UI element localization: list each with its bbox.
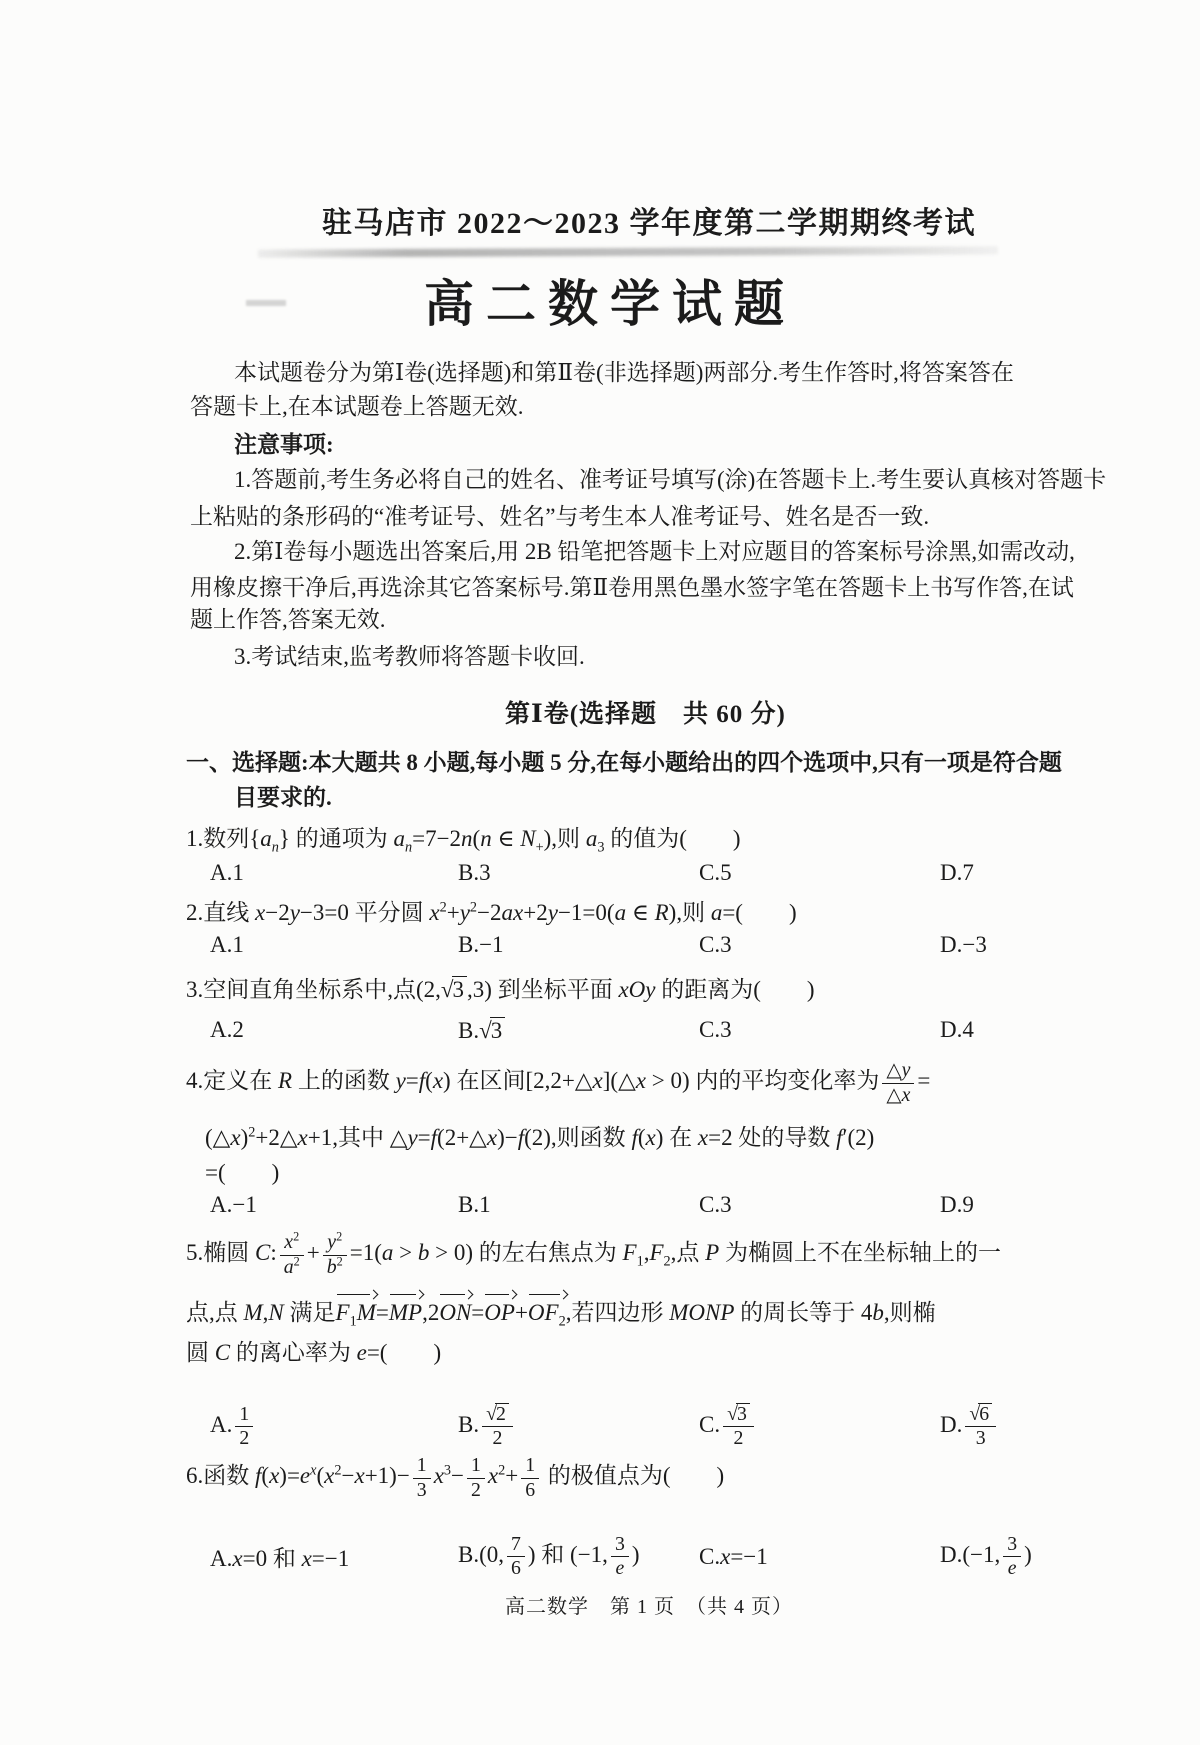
option-b-text: B.3	[458, 1017, 505, 1044]
question-2-option-c: C.3	[699, 928, 940, 962]
question-6-option-c: C.x=−1	[699, 1533, 940, 1581]
question-1-option-c: C.5	[699, 856, 940, 890]
question-1-option-d: D.7	[940, 856, 1126, 890]
question-6-line-1: 6.函数 f(x)=ex(x2−x+1)−13x3−12x2+16 的极值点为(…	[186, 1461, 724, 1495]
question-4-option-a: A.−1	[210, 1188, 458, 1222]
exam-paper-page: 驻马店市 2022～2023 学年度第二学期期终考试 高二数学试题 本试题卷分为…	[0, 0, 1200, 1745]
option-a-text: A.1	[210, 932, 244, 958]
option-d-text: D.4	[940, 1017, 974, 1043]
section-1-title: 第Ⅰ卷(选择题 共 60 分)	[505, 694, 786, 730]
scan-artifact-speck	[246, 300, 286, 306]
option-c-text: C.3	[699, 932, 732, 958]
option-c-text: C.3	[699, 1017, 732, 1043]
notice-title: 注意事项:	[234, 430, 334, 460]
question-1-option-a: A.1	[210, 856, 458, 890]
mc-intro-line-2: 目要求的.	[234, 783, 332, 813]
option-b-text: B.3	[458, 860, 491, 886]
question-1-options: A.1 B.3 C.5 D.7	[186, 856, 1126, 890]
question-2-option-b: B.−1	[458, 928, 699, 962]
question-5-option-c: C.32	[699, 1403, 940, 1451]
question-2-text: 2.直线 x−2y−3=0 平分圆 x2+y2−2ax+2y−1=0(a ∈ R…	[186, 894, 797, 927]
question-3-option-d: D.4	[940, 1013, 1126, 1047]
question-1-text: 1.数列{an} 的通项为 an=7−2n(n ∈ N+),则 a3 的值为( …	[186, 820, 741, 853]
question-3-options: A.2 B.3 C.3 D.4	[186, 1013, 1126, 1047]
notice-3-line-1: 3.考试结束,监考教师将答题卡收回.	[234, 642, 585, 672]
question-4-option-b: B.1	[458, 1188, 699, 1222]
option-a-text: A.2	[210, 1017, 244, 1043]
option-d-text: D.63	[940, 1403, 999, 1451]
question-6-text: 6.函数 f(x)=ex(x2−x+1)−13x3−12x2+16 的极值点为(…	[186, 1454, 724, 1502]
question-4-text-2: (△x)2+2△x+1,其中 △y=f(2+△x)−f(2),则函数 f(x) …	[205, 1119, 874, 1152]
option-a-text: A.−1	[210, 1192, 257, 1218]
option-d-text: D.9	[940, 1192, 974, 1218]
question-4-text-3: =( )	[205, 1154, 279, 1187]
option-a-text: A.1	[210, 860, 244, 886]
question-3-option-a: A.2	[210, 1013, 458, 1047]
option-c-text: C.32	[699, 1403, 757, 1451]
question-3-option-b: B.3	[458, 1013, 699, 1047]
notice-1-line-1: 1.答题前,考生务必将自己的姓名、准考证号填写(涂)在答题卡上.考生要认真核对答…	[234, 465, 1106, 495]
option-a-text: A.x=0 和 x=−1	[210, 1540, 349, 1573]
question-5-options: A.12 B.22 C.32 D.63	[186, 1403, 1126, 1437]
option-b-text: B.−1	[458, 932, 504, 958]
notice-2-line-3: 题上作答,答案无效.	[190, 605, 386, 635]
intro-line-2: 答题卡上,在本试题卷上答题无效.	[190, 392, 524, 422]
question-5-text-2: 点,点 M,N 满足F1M=MP,2ON=OP+OF2,若四边形 MONP 的周…	[186, 1294, 936, 1327]
question-4-options: A.−1 B.1 C.3 D.9	[186, 1188, 1126, 1222]
page-footer: 高二数学 第 1 页 （共 4 页）	[505, 1590, 793, 1619]
question-6-options: A.x=0 和 x=−1 B.(0,76) 和 (−1,3e) C.x=−1 D…	[186, 1533, 1126, 1567]
question-4-line-2: (△x)2+2△x+1,其中 △y=f(2+△x)−f(2),则函数 f(x) …	[205, 1118, 874, 1152]
question-2-option-a: A.1	[210, 928, 458, 962]
option-d-text: D.−3	[940, 932, 987, 958]
option-d-text: D.(−1,3e)	[940, 1533, 1032, 1581]
question-1-line-1: 1.数列{an} 的通项为 an=7−2n(n ∈ N+),则 a3 的值为( …	[186, 819, 741, 853]
question-1-option-b: B.3	[458, 856, 699, 890]
question-3-option-c: C.3	[699, 1013, 940, 1047]
option-b-text: B.22	[458, 1403, 516, 1451]
scan-artifact-streak	[258, 246, 998, 257]
option-c-text: C.x=−1	[699, 1544, 768, 1570]
question-4-option-c: C.3	[699, 1188, 940, 1222]
option-b-text: B.(0,76) 和 (−1,3e)	[458, 1533, 640, 1581]
question-2-options: A.1 B.−1 C.3 D.−3	[186, 928, 1126, 962]
mc-intro-line-1: 一、选择题:本大题共 8 小题,每小题 5 分,在每小题给出的四个选项中,只有一…	[186, 748, 1062, 778]
notice-2-line-1: 2.第Ⅰ卷每小题选出答案后,用 2B 铅笔把答题卡上对应题目的答案标号涂黑,如需…	[234, 537, 1075, 567]
question-2-option-d: D.−3	[940, 928, 1126, 962]
question-6-option-a: A.x=0 和 x=−1	[210, 1533, 458, 1581]
paper-title: 高二数学试题	[424, 264, 796, 336]
question-5-option-a: A.12	[210, 1403, 458, 1451]
question-4-line-1: 4.定义在 R 上的函数 y=f(x) 在区间[2,2+△x](△x > 0) …	[186, 1066, 930, 1100]
question-4-option-d: D.9	[940, 1188, 1126, 1222]
question-5-option-d: D.63	[940, 1403, 1126, 1451]
question-5-text-3: 圆 C 的离心率为 e=( )	[186, 1334, 441, 1367]
option-c-text: C.3	[699, 1192, 732, 1218]
question-6-option-b: B.(0,76) 和 (−1,3e)	[458, 1533, 699, 1581]
question-4-line-3: =( )	[205, 1153, 279, 1187]
question-3-line-1: 3.空间直角坐标系中,点(2,3,3) 到坐标平面 xOy 的距离为( )	[186, 970, 815, 1004]
option-c-text: C.5	[699, 860, 732, 886]
notice-1-line-2: 上粘贴的条形码的“准考证号、姓名”与考生本人准考证号、姓名是否一致.	[190, 502, 929, 532]
option-a-text: A.12	[210, 1403, 256, 1451]
notice-2-line-2: 用橡皮擦干净后,再选涂其它答案标号.第Ⅱ卷用黑色墨水签字笔在答题卡上书写作答,在…	[190, 573, 1074, 603]
intro-line-1: 本试题卷分为第Ⅰ卷(选择题)和第Ⅱ卷(非选择题)两部分.考生作答时,将答案答在	[234, 358, 1014, 388]
question-2-line-1: 2.直线 x−2y−3=0 平分圆 x2+y2−2ax+2y−1=0(a ∈ R…	[186, 893, 797, 927]
option-b-text: B.1	[458, 1192, 491, 1218]
question-5-line-1: 5.椭圆 C:x2a2+y2b2=1(a > b > 0) 的左右焦点为 F1,…	[186, 1238, 1001, 1272]
question-3-text: 3.空间直角坐标系中,点(2,3,3) 到坐标平面 xOy 的距离为( )	[186, 971, 815, 1004]
exam-title: 驻马店市 2022～2023 学年度第二学期期终考试	[322, 198, 976, 242]
option-d-text: D.7	[940, 860, 974, 886]
question-6-option-d: D.(−1,3e)	[940, 1533, 1126, 1581]
question-5-option-b: B.22	[458, 1403, 699, 1451]
question-5-text-1: 5.椭圆 C:x2a2+y2b2=1(a > b > 0) 的左右焦点为 F1,…	[186, 1231, 1001, 1279]
question-5-line-2: 点,点 M,N 满足F1M=MP,2ON=OP+OF2,若四边形 MONP 的周…	[186, 1293, 936, 1327]
question-5-line-3: 圆 C 的离心率为 e=( )	[186, 1333, 441, 1367]
question-4-text-1: 4.定义在 R 上的函数 y=f(x) 在区间[2,2+△x](△x > 0) …	[186, 1059, 930, 1107]
